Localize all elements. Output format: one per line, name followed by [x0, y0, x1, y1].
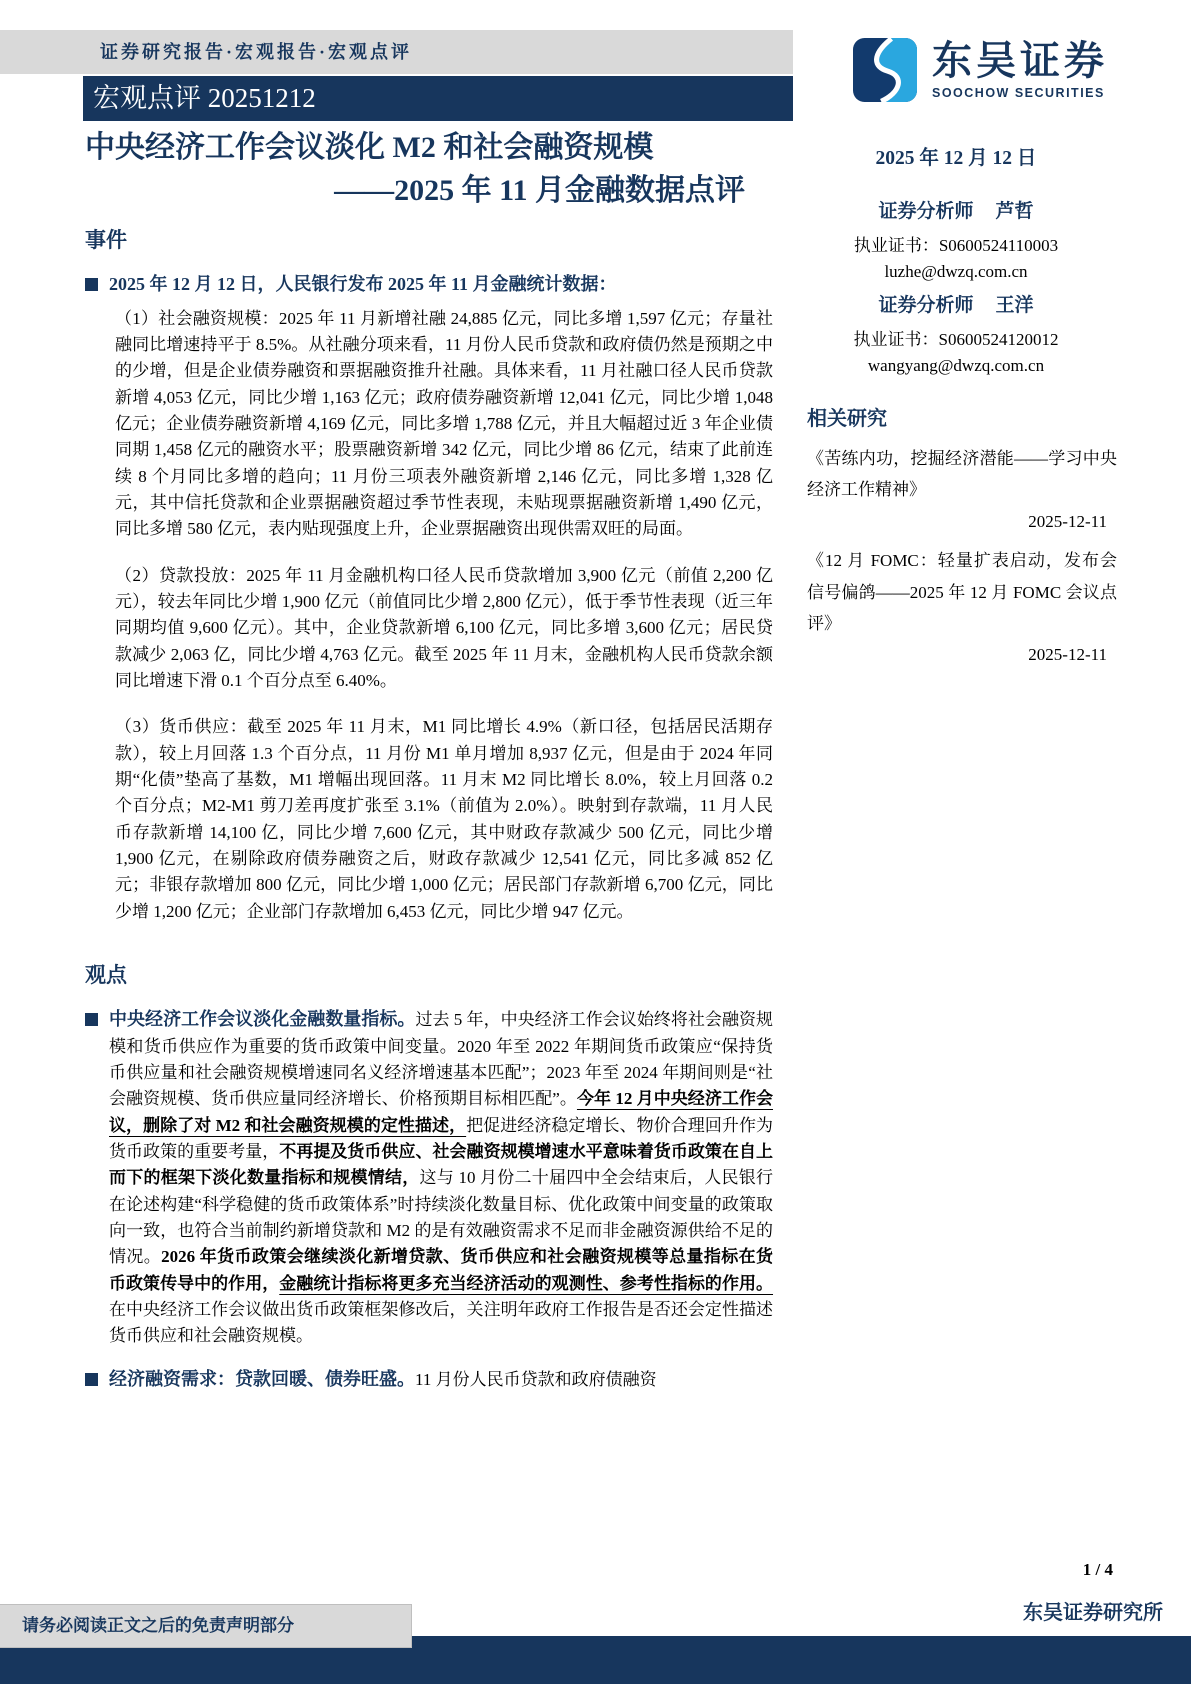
analyst-role-line: 证券分析师芦哲 [795, 196, 1117, 223]
event-paragraph-2: （2）贷款投放：2025 年 11 月金融机构口径人民币贷款增加 3,900 亿… [85, 563, 773, 695]
analyst-email: luzhe@dwzq.com.cn [795, 262, 1117, 282]
section-heading-event: 事件 [85, 224, 773, 257]
bullet-square-icon [85, 1013, 98, 1026]
main-column: 事件 2025 年 12 月 12 日，人民银行发布 2025 年 11 月金融… [85, 224, 773, 1410]
analyst-cert: 执业证书：S0600524110003 [795, 231, 1117, 256]
viewpoint-bullet-1-text: 中央经济工作会议淡化金融数量指标。过去 5 年，中央经济工作会议始终将社会融资规… [109, 1006, 773, 1350]
report-page: 证券研究报告·宏观报告·宏观点评 宏观点评 20251212 东吴证券 SOOC… [0, 0, 1191, 1684]
related-research-heading: 相关研究 [795, 402, 1117, 431]
brand-name-cn: 东吴证券 [932, 41, 1108, 81]
viewpoint-bullet-2-text: 经济融资需求：贷款回暖、债券旺盛。11 月份人民币贷款和政府债融资 [109, 1366, 773, 1394]
analyst-card: 证券分析师芦哲 执业证书：S0600524110003 luzhe@dwzq.c… [795, 196, 1117, 282]
related-research-title: 《苦练内功，挖掘经济潜能——学习中央经济工作精神》 [795, 443, 1117, 506]
related-research-date: 2025-12-11 [795, 508, 1117, 535]
text-segment-normal: 在中央经济工作会议做出货币政策框架修改后，关注明年政府工作报告是否还会定性描述货… [109, 1300, 773, 1345]
text-segment-normal: 11 月份人民币贷款和政府债融资 [415, 1370, 657, 1389]
text-segment-lead: 经济融资需求：贷款回暖、债券旺盛。 [109, 1369, 415, 1389]
analyst-email: wangyang@dwzq.com.cn [795, 356, 1117, 376]
text-segment-lead: 中央经济工作会议淡化金融数量指标。 [109, 1009, 415, 1029]
related-research-date: 2025-12-11 [795, 641, 1117, 668]
analyst-role: 证券分析师 [878, 201, 973, 222]
report-type-text: 证券研究报告·宏观报告·宏观点评 [100, 42, 412, 62]
report-type-banner: 证券研究报告·宏观报告·宏观点评 [0, 30, 793, 74]
analyst-cert: 执业证书：S0600524120012 [795, 325, 1117, 350]
brand-text: 东吴证券 SOOCHOW SECURITIES [932, 41, 1108, 100]
section-heading-viewpoint: 观点 [85, 959, 773, 992]
bullet-square-icon [85, 278, 98, 291]
series-text: 宏观点评 20251212 [93, 83, 316, 113]
report-title: 中央经济工作会议淡化 M2 和社会融资规模 ——2025 年 11 月金融数据点… [85, 127, 745, 212]
related-research: 相关研究 《苦练内功，挖掘经济潜能——学习中央经济工作精神》 2025-12-1… [795, 402, 1117, 669]
research-institute: 东吴证券研究所 [1023, 1596, 1163, 1625]
report-title-line-2: ——2025 年 11 月金融数据点评 [85, 170, 745, 213]
analyst-role-line: 证券分析师王洋 [795, 290, 1117, 317]
report-date: 2025 年 12 月 12 日 [795, 142, 1117, 170]
related-research-title: 《12 月 FOMC：轻量扩表启动，发布会信号偏鸽——2025 年 12 月 F… [795, 545, 1117, 639]
bullet-square-icon [85, 1373, 98, 1386]
event-paragraph-1: （1）社会融资规模：2025 年 11 月新增社融 24,885 亿元，同比多增… [85, 306, 773, 543]
event-bullet: 2025 年 12 月 12 日，人民银行发布 2025 年 11 月金融统计数… [85, 271, 773, 298]
sidebar: 2025 年 12 月 12 日 证券分析师芦哲 执业证书：S060052411… [795, 142, 1117, 679]
brand-name-en: SOOCHOW SECURITIES [932, 86, 1108, 100]
analyst-role: 证券分析师 [878, 295, 973, 316]
viewpoint-bullet-1: 中央经济工作会议淡化金融数量指标。过去 5 年，中央经济工作会议始终将社会融资规… [85, 1006, 773, 1350]
analyst-card: 证券分析师王洋 执业证书：S0600524120012 wangyang@dwz… [795, 290, 1117, 376]
brand: 东吴证券 SOOCHOW SECURITIES [850, 38, 1108, 102]
disclaimer-note: 请务必阅读正文之后的免责声明部分 [0, 1604, 412, 1648]
viewpoint-bullet-2: 经济融资需求：贷款回暖、债券旺盛。11 月份人民币贷款和政府债融资 [85, 1366, 773, 1394]
event-paragraph-3: （3）货币供应：截至 2025 年 11 月末，M1 同比增长 4.9%（新口径… [85, 714, 773, 925]
event-bullet-text: 2025 年 12 月 12 日，人民银行发布 2025 年 11 月金融统计数… [109, 271, 617, 298]
page-number: 1 / 4 [1083, 1560, 1113, 1580]
text-segment-bu: 金融统计指标将更多充当经济活动的观测性、参考性指标的作用。 [279, 1274, 773, 1293]
series-banner: 宏观点评 20251212 [83, 76, 793, 121]
analyst-name: 芦哲 [996, 201, 1034, 222]
soochow-logo-icon [850, 38, 920, 102]
report-title-line-1: 中央经济工作会议淡化 M2 和社会融资规模 [85, 127, 745, 170]
analyst-name: 王洋 [996, 295, 1034, 316]
